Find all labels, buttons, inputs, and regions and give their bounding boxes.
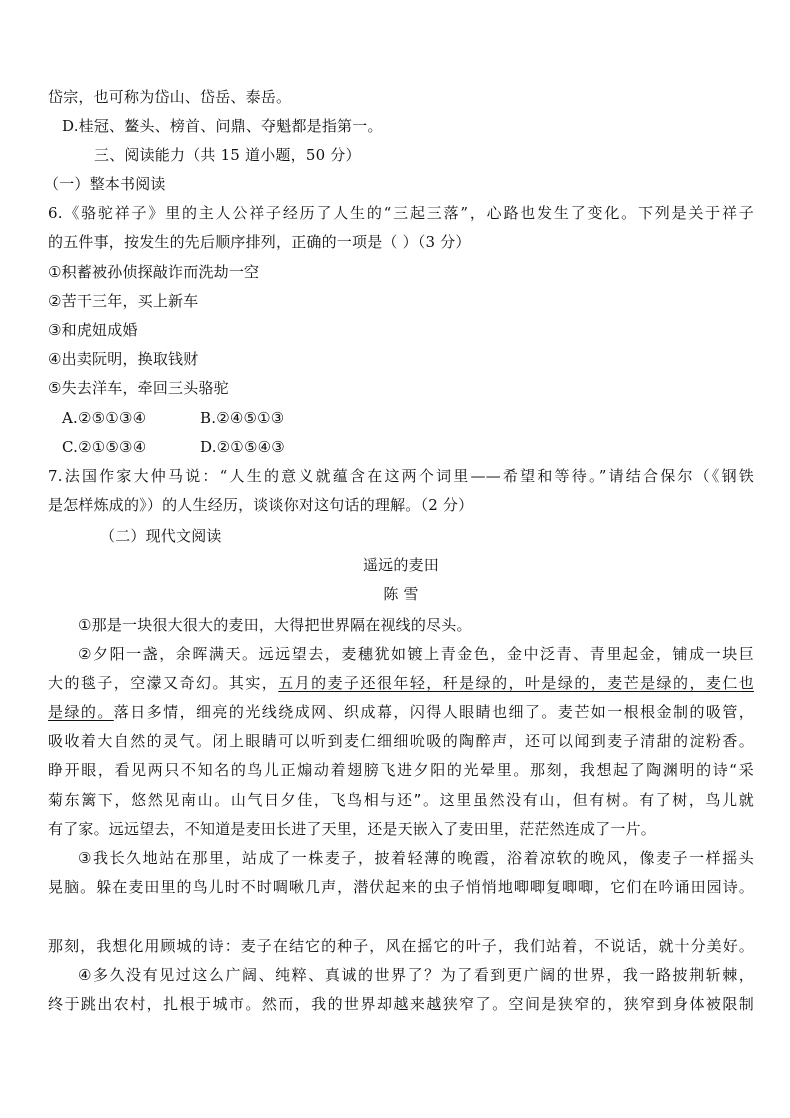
article-para-3-line2: 晃脑。躲在麦田里的鸟儿时不时啁啾几声，潜伏起来的虫子悄悄地唧唧复唧唧，它们在吟诵… <box>48 877 754 897</box>
part2-title: （二）现代文阅读 <box>100 526 790 546</box>
q7-stem-line2: 是怎样炼成的》）的人生经历，谈谈你对这句话的理解。（2 分） <box>48 495 754 515</box>
article-para-2-line1: ②夕阳一盏，余晖满天。远远望去，麦穗犹如镀上青金色，金中泛青、青里起金，铺成一块… <box>78 644 754 664</box>
q6-event-2: ②苦干三年，买上新车 <box>48 291 754 311</box>
article-para-2-line4: 吸收着大自然的灵气。闭上眼睛可以听到麦仁细细吮吸的陶醉声，还可以闻到麦子清甜的淀… <box>48 731 754 751</box>
article-para-3-line3: 那刻，我想化用顾城的诗：麦子在结它的种子，风在摇它的叶子，我们站着，不说话，就十… <box>48 936 754 956</box>
q6-event-4: ④出卖阮明，换取钱财 <box>48 349 754 369</box>
article-para-2-line3: 是绿的。落日多情，细亮的光线绕成网、织成幕，闪得人眼睛也细了。麦芒如一根根金制的… <box>48 702 754 722</box>
exam-page: 岱宗，也可称为岱山、岱岳、泰岳。 D.桂冠、鳌头、榜首、问鼎、夺魁都是指第一。 … <box>0 0 790 1118</box>
q6-option-a: A.②⑤①③④ <box>62 408 146 428</box>
article-para-4-line1: ④多久没有见过这么广阔、纯粹、真诚的世界了？为了看到更广阔的世界，我一路披荆斩棘… <box>78 965 754 985</box>
article-para-3-line1: ③我长久地站在那里，站成了一株麦子，披着轻薄的晚霞，浴着凉软的晚风，像麦子一样摇… <box>78 848 754 868</box>
q6-option-b: B.②④⑤①③ <box>200 408 284 428</box>
article-author: 陈 雪 <box>48 584 754 604</box>
prev-question-continuation: 岱宗，也可称为岱山、岱岳、泰岳。 <box>48 87 754 107</box>
article-para-4-line2: 终于跳出农村，扎根于城市。然而，我的世界却越来越狭窄了。空间是狭窄的，狭窄到身体… <box>48 994 754 1014</box>
plain-text: 大的毯子，空濛又奇幻。其实， <box>48 674 278 692</box>
q6-event-1: ①积蓄被孙侦探敲诈而洗劫一空 <box>48 262 754 282</box>
plain-text: 落日多情，细亮的光线绕成网、织成幕，闪得人眼睛也细了。麦芒如一根根金制的吸管， <box>114 703 754 721</box>
q6-event-5: ⑤失去洋车，牵回三头骆驼 <box>48 378 754 398</box>
q6-option-c: C.②①⑤③④ <box>62 437 146 457</box>
part1-title: （一）整本书阅读 <box>44 174 750 194</box>
prev-option-d: D.桂冠、鳌头、榜首、问鼎、夺魁都是指第一。 <box>62 116 768 136</box>
underlined-sentence: 五月的麦子还很年轻，秆是绿的，叶是绿的，麦芒是绿的，麦仁也 <box>278 674 754 692</box>
q6-option-d: D.②①⑤④③ <box>200 437 285 457</box>
underlined-sentence-end: 是绿的。 <box>48 703 114 721</box>
article-title: 遥远的麦田 <box>48 555 754 575</box>
q6-stem-line2: 的五件事，按发生的先后顺序排列，正确的一项是（ ）（3 分） <box>48 232 754 252</box>
q7-stem-line1: 7.法国作家大仲马说：“人生的意义就蕴含在这两个词里——希望和等待。”请结合保尔… <box>48 466 754 486</box>
article-para-2-line6: 菊东篱下，悠然见南山。山气日夕佳，飞鸟相与还”。这里虽然没有山，但有树。有了树，… <box>48 790 754 810</box>
article-para-2-line2: 大的毯子，空濛又奇幻。其实，五月的麦子还很年轻，秆是绿的，叶是绿的，麦芒是绿的，… <box>48 673 754 693</box>
q6-stem-line1: 6.《骆驼祥子》里的主人公祥子经历了人生的“三起三落”，心路也发生了变化。下列是… <box>48 203 754 223</box>
article-para-2-line7: 有了家。远远望去，不知道是麦田长进了天里，还是天嵌入了麦田里，茫茫然连成了一片。 <box>48 819 754 839</box>
article-para-2-line5: 睁开眼，看见两只不知名的鸟儿正煽动着翅膀飞进夕阳的光晕里。那刻，我想起了陶渊明的… <box>48 760 754 780</box>
q6-event-3: ③和虎妞成婚 <box>48 320 754 340</box>
section-title: 三、阅读能力（共 15 道小题，50 分） <box>94 145 790 165</box>
article-para-1: ①那是一块很大很大的麦田，大得把世界隔在视线的尽头。 <box>78 615 784 635</box>
